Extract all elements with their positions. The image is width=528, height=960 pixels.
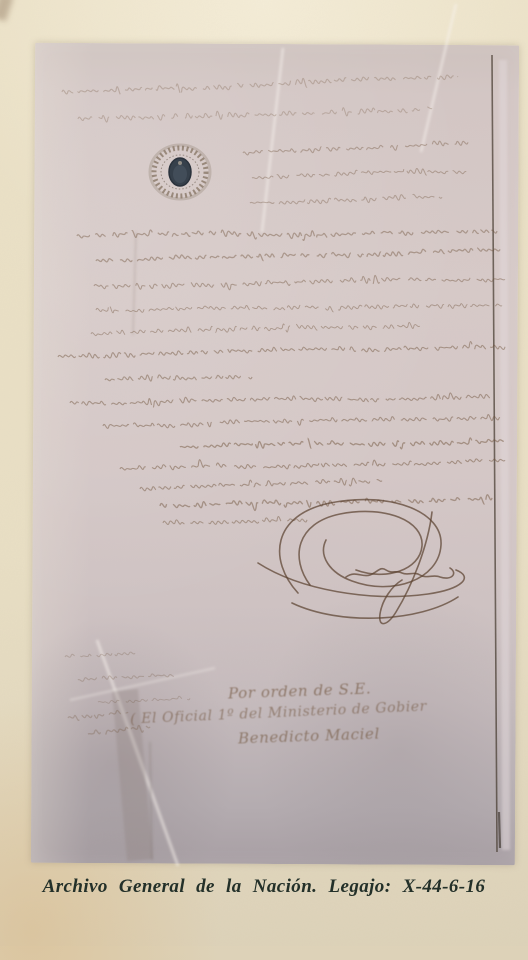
caption-text: Archivo General de la Nación. Legajo: X-… (43, 876, 486, 897)
book-page-background: Por orden de S.E.( El Oficial 1º del Min… (0, 0, 528, 960)
photo-caption: Archivo General de la Nación. Legajo: X-… (0, 876, 528, 898)
